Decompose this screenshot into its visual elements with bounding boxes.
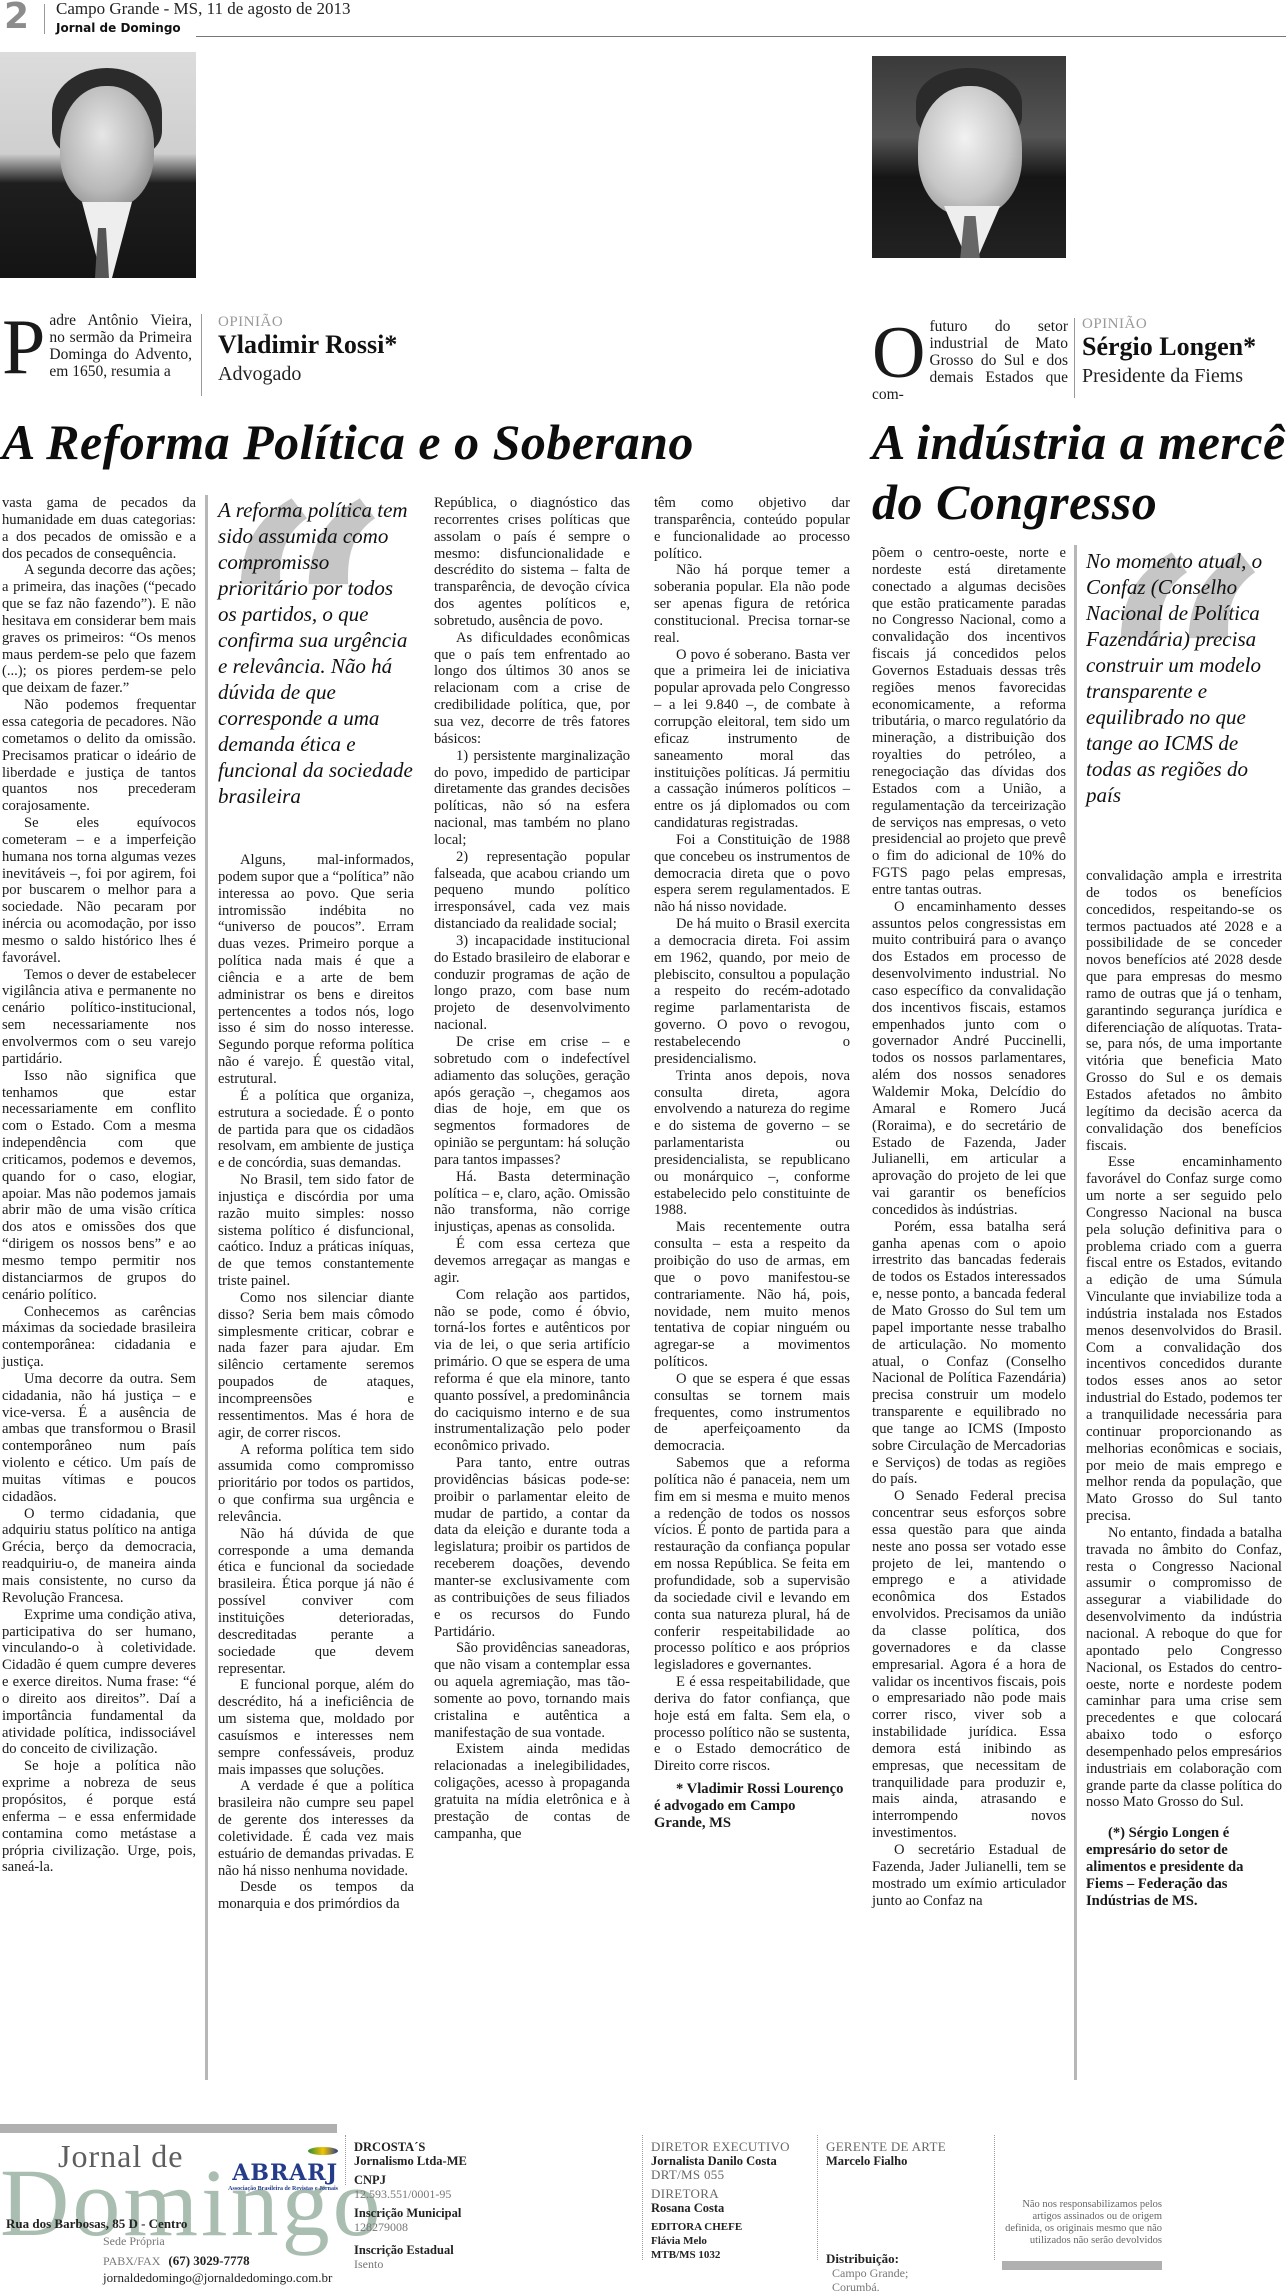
paragraph: De crise em crise – e sobretudo com o in…	[434, 1034, 630, 1169]
footer-bar	[1002, 2261, 1162, 2270]
footer-email[interactable]: jornaldedomingo@jornaldedomingo.com.br	[103, 2270, 332, 2286]
exec-label: DIRETOR EXECUTIVO	[651, 2140, 801, 2154]
byline-divider-left	[201, 314, 202, 396]
municipal-label: Inscrição Municipal	[354, 2206, 484, 2220]
cnpj-value: 12.593.551/0001-95	[354, 2187, 484, 2201]
footer-divider	[817, 2135, 818, 2260]
paragraph: O povo é soberano. Basta ver que a prime…	[654, 647, 850, 832]
author-signature-left: * Vladimir Rossi Lourenço é advogado em …	[654, 1781, 850, 1832]
headline-left: A Reforma Política e o Soberano	[2, 414, 852, 470]
paragraph: A verdade é que a política brasileira nã…	[218, 1778, 414, 1879]
author-name: Vladimir Rossi*	[218, 331, 397, 359]
footer-bar	[0, 2124, 337, 2133]
paragraph: 1) persistente marginalização do povo, i…	[434, 748, 630, 849]
paragraph: Esse encaminhamento favorável do Confaz …	[1086, 1154, 1282, 1525]
paragraph: Alguns, mal-informados, podem supor que …	[218, 852, 414, 1088]
dropcap-right: O	[872, 320, 925, 386]
paragraph: Porém, essa batalha será ganha apenas co…	[872, 1219, 1066, 1489]
paragraph: Com relação aos partidos, não se pode, c…	[434, 1287, 630, 1455]
paragraph: Mais recentemente outra consulta – esta …	[654, 1219, 850, 1371]
author-role: Advogado	[218, 363, 397, 385]
footer-address: Rua dos Barbosas, 85 D - Centro	[6, 2216, 187, 2232]
paragraph: A reforma política tem sido assumida com…	[218, 1442, 414, 1526]
abrarj-text: ABRARJ	[232, 2160, 338, 2186]
author-photo-vladimir-rossi	[0, 52, 196, 278]
estadual-label: Inscrição Estadual	[354, 2243, 484, 2257]
paragraph: Se hoje a política não exprime a nobreza…	[2, 1758, 196, 1876]
paragraph: põem o centro-oeste, norte e nordeste es…	[872, 545, 1066, 899]
pull-quote-left: A reforma política tem sido assumida com…	[218, 497, 414, 809]
article-left-column-1: vasta gama de pecados da humanidade em d…	[2, 495, 196, 1876]
cnpj-label: CNPJ	[354, 2173, 484, 2187]
editor-label: EDITORA CHEFE	[651, 2220, 801, 2234]
paragraph: 2) representação popular falseada, que a…	[434, 849, 630, 933]
paragraph: As dificuldades econômicas que o país te…	[434, 630, 630, 748]
paragraph: vasta gama de pecados da humanidade em d…	[2, 495, 196, 562]
paragraph: No Brasil, tem sido fator de injustiça e…	[218, 1172, 414, 1290]
paragraph: O que se espera é que essas consultas se…	[654, 1371, 850, 1455]
article-left-column-3: República, o diagnóstico das recorrentes…	[434, 495, 630, 1843]
intro-paragraph-right: Ofuturo do setor industrial de Mato Gros…	[872, 318, 1068, 403]
paragraph: têm como objetivo dar transparência, con…	[654, 495, 850, 562]
distribution-city: Corumbá.	[826, 2280, 976, 2294]
art-label: GERENTE DE ARTE	[826, 2140, 976, 2154]
paragraph: De há muito o Brasil exercita a democrac…	[654, 916, 850, 1068]
phone-label: PABX/FAX	[103, 2254, 160, 2268]
paragraph: convalidação ampla e irrestrita de todos…	[1086, 868, 1282, 1154]
header-paper-name: Jornal de Domingo	[56, 21, 181, 35]
art-name: Marcelo Fialho	[826, 2154, 976, 2168]
director-name: Rosana Costa	[651, 2201, 801, 2215]
header-date: Campo Grande - MS, 11 de agosto de 2013	[56, 0, 350, 18]
paragraph: Desde os tempos da monarquia e dos primó…	[218, 1879, 414, 1913]
paragraph: Se eles equívocos cometeram – e a imperf…	[2, 815, 196, 967]
paragraph: Isso não significa que tenhamos que esta…	[2, 1068, 196, 1304]
footer-staff: DIRETOR EXECUTIVO Jornalista Danilo Cost…	[651, 2140, 801, 2262]
abrarj-logo: ABRARJ Associação Brasileira de Revistas…	[222, 2142, 338, 2192]
dropcap-left: P	[2, 314, 45, 380]
intro-paragraph-left: Padre Antônio Vieira, no sermão da Prime…	[2, 312, 192, 380]
paragraph: É a política que organiza, estrutura a s…	[218, 1088, 414, 1172]
paragraph: No entanto, findada a batalha travada no…	[1086, 1525, 1282, 1811]
byline-right: OPINIÃO Sérgio Longen* Presidente da Fie…	[1082, 316, 1256, 387]
paragraph: O secretário Estadual de Fazenda, Jader …	[872, 1842, 1066, 1909]
paragraph: Uma decorre da outra. Sem cidadania, não…	[2, 1371, 196, 1506]
paragraph: Sabemos que a reforma política não é pan…	[654, 1455, 850, 1674]
paragraph: É com essa certeza que devemos arregaçar…	[434, 1236, 630, 1287]
paragraph: Não podemos frequentar essa categoria de…	[2, 697, 196, 815]
distribution-label: Distribuição:	[826, 2252, 976, 2266]
article-right-column-1: põem o centro-oeste, norte e nordeste es…	[872, 545, 1066, 1909]
article-right-column-2: convalidação ampla e irrestrita de todos…	[1086, 868, 1282, 1909]
paragraph: Conhecemos as carências máximas da socie…	[2, 1304, 196, 1371]
abrarj-swoosh-icon	[308, 2147, 338, 2155]
paragraph: Exprime uma condição ativa, participativ…	[2, 1607, 196, 1759]
author-name: Sérgio Longen*	[1082, 333, 1256, 361]
pull-quote-right: No momento atual, o Confaz (Conselho Nac…	[1086, 548, 1282, 808]
paragraph: República, o diagnóstico das recorrentes…	[434, 495, 630, 630]
phone-number: (67) 3029-7778	[168, 2253, 249, 2268]
byline-left: OPINIÃO Vladimir Rossi* Advogado	[218, 314, 397, 385]
footer-divider	[994, 2135, 995, 2260]
footer-sede: Sede Própria	[103, 2234, 165, 2249]
section-label: OPINIÃO	[1082, 316, 1256, 333]
paragraph: Temos o dever de estabelecer vigilância …	[2, 967, 196, 1068]
footer-disclaimer: Não nos responsabilizamos pelos artigos …	[1002, 2199, 1162, 2247]
paragraph: O Senado Federal precisa concentrar seus…	[872, 1488, 1066, 1842]
paragraph: E é essa respeitabilidade, que deriva do…	[654, 1674, 850, 1775]
column-rule	[1074, 545, 1077, 2080]
section-label: OPINIÃO	[218, 314, 397, 331]
article-left-column-2: Alguns, mal-informados, podem supor que …	[218, 852, 414, 1913]
company-name-2: Jornalismo Ltda-ME	[354, 2154, 484, 2168]
paragraph: O termo cidadania, que adquiriu status p…	[2, 1506, 196, 1607]
estadual-value: Isento	[354, 2257, 484, 2271]
paragraph: Existem ainda medidas relacionadas a ine…	[434, 1741, 630, 1842]
paragraph: Trinta anos depois, nova consulta direta…	[654, 1068, 850, 1220]
footer-art: GERENTE DE ARTE Marcelo Fialho Distribui…	[826, 2140, 976, 2294]
exec-name: Jornalista Danilo Costa	[651, 2154, 801, 2168]
author-role: Presidente da Fiems	[1082, 365, 1256, 387]
paragraph: Para tanto, entre outras providências bá…	[434, 1455, 630, 1640]
footer-divider	[345, 2135, 346, 2185]
paragraph: E funcional porque, além do descrédito, …	[218, 1677, 414, 1778]
author-photo-sergio-longen	[872, 56, 1066, 258]
distribution-city: Campo Grande;	[826, 2266, 976, 2280]
author-signature-right: (*) Sérgio Longen é empresário do setor …	[1086, 1825, 1282, 1909]
paragraph: Não há dúvida de que corresponde a uma d…	[218, 1526, 414, 1678]
footer-company: DRCOSTA´S Jornalismo Ltda-ME CNPJ 12.593…	[354, 2140, 484, 2271]
paragraph: O encaminhamento desses assuntos pelos c…	[872, 899, 1066, 1219]
intro-text-left: adre Antônio Vieira, no sermão da Primei…	[49, 312, 192, 380]
paragraph: Como nos silenciar diante disso? Seria b…	[218, 1290, 414, 1442]
editor-reg: MTB/MS 1032	[651, 2248, 801, 2262]
paragraph: Não há porque temer a soberania popular.…	[654, 562, 850, 646]
header-rule	[196, 36, 1286, 37]
paragraph: 3) incapacidade institucional do Estado …	[434, 933, 630, 1034]
exec-reg: DRT/MS 055	[651, 2168, 801, 2182]
footer-phone: PABX/FAX (67) 3029-7778	[103, 2252, 250, 2270]
paragraph: São providências saneadoras, que não vis…	[434, 1640, 630, 1741]
editor-name: Flávia Melo	[651, 2234, 801, 2248]
page-number: 2	[4, 0, 29, 34]
director-label: DIRETORA	[651, 2187, 801, 2201]
company-name: DRCOSTA´S	[354, 2140, 484, 2154]
article-left-column-4: têm como objetivo dar transparência, con…	[654, 495, 850, 1832]
byline-divider-right	[1074, 318, 1075, 398]
paragraph: Há. Basta determinação política – e, cla…	[434, 1169, 630, 1236]
paragraph: Foi a Constituição de 1988 que concebeu …	[654, 832, 850, 916]
municipal-value: 128279008	[354, 2220, 484, 2234]
column-rule	[205, 495, 208, 2080]
header-divider	[44, 4, 45, 34]
abrarj-subtitle: Associação Brasileira de Revistas e Jorn…	[222, 2186, 338, 2192]
paragraph: A segunda decorre das ações; a primeira,…	[2, 562, 196, 697]
footer-divider	[642, 2135, 643, 2260]
